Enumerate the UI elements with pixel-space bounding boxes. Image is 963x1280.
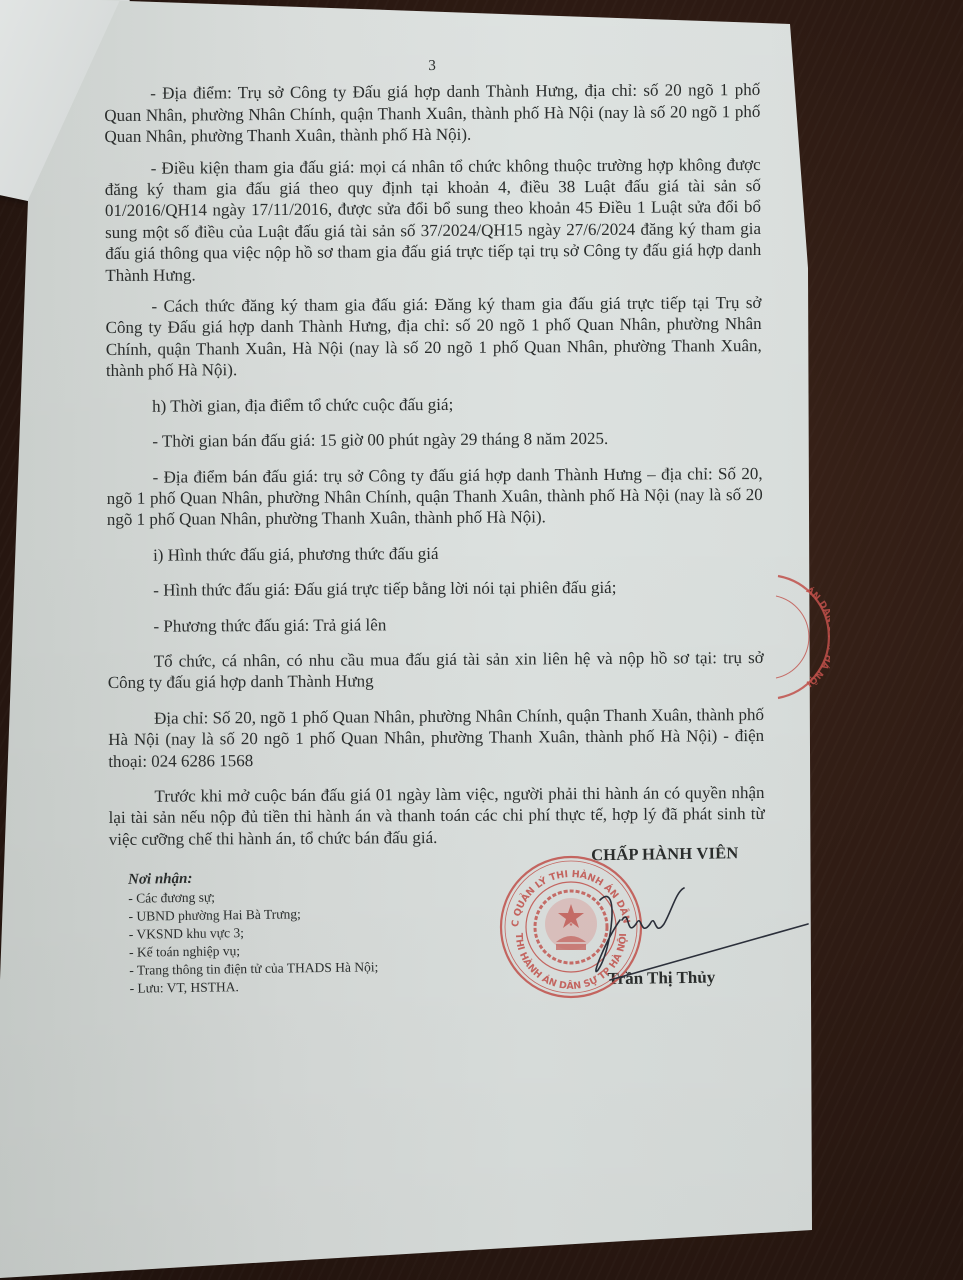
handwritten-signature-icon (580, 880, 810, 990)
paragraph-auction-method: - Phương thức đấu giá: Trả giá lên (107, 612, 763, 637)
document-body: 3 - Địa điểm: Trụ sở Công ty Đấu giá hợp… (104, 54, 765, 860)
recipients-block: Nơi nhận: - Các đương sự; - UBND phường … (128, 868, 379, 997)
paragraph-auction-form: - Hình thức đấu giá: Đấu giá trực tiếp b… (107, 576, 763, 601)
section-heading-h: h) Thời gian, địa điểm tổ chức cuộc đấu … (106, 392, 762, 417)
edge-seal-icon: ÁN DÂN SỰ ★ HÀ NỘI (770, 572, 830, 702)
paragraph-auction-time: - Thời gian bán đấu giá: 15 giờ 00 phút … (106, 427, 762, 452)
paragraph-contact-address: Địa chỉ: Số 20, ngõ 1 phố Quan Nhân, phư… (108, 704, 764, 772)
recipients-title: Nơi nhận: (128, 868, 377, 888)
paragraph-contact-intro: Tổ chức, cá nhân, có nhu cầu mua đấu giá… (108, 647, 764, 694)
recipient-item: - Lưu: VT, HSTHA. (130, 976, 379, 997)
recipients-list: - Các đương sự; - UBND phường Hai Bà Trư… (128, 886, 378, 997)
paragraph-registration-method: - Cách thức đăng ký tham gia đấu giá: Đă… (105, 292, 762, 382)
page-number: 3 (104, 54, 760, 79)
svg-text:★: ★ (569, 922, 574, 928)
paragraph-redemption-right: Trước khi mở cuộc bán đấu giá 01 ngày là… (108, 782, 764, 850)
paragraph-participation-conditions: - Điều kiện tham gia đấu giá: mọi cá nhâ… (105, 154, 762, 286)
svg-text:ÁN DÂN SỰ ★ HÀ NỘI: ÁN DÂN SỰ ★ HÀ NỘI (804, 584, 830, 688)
paragraph-location: - Địa điểm: Trụ sở Công ty Đấu giá hợp d… (104, 79, 760, 147)
recipient-item: - Trang thông tin điện tử của THADS Hà N… (129, 958, 378, 979)
paragraph-auction-location: - Địa điểm bán đấu giá: trụ sở Công ty đ… (106, 462, 762, 530)
section-heading-i: i) Hình thức đấu giá, phương thức đấu gi… (107, 541, 763, 566)
